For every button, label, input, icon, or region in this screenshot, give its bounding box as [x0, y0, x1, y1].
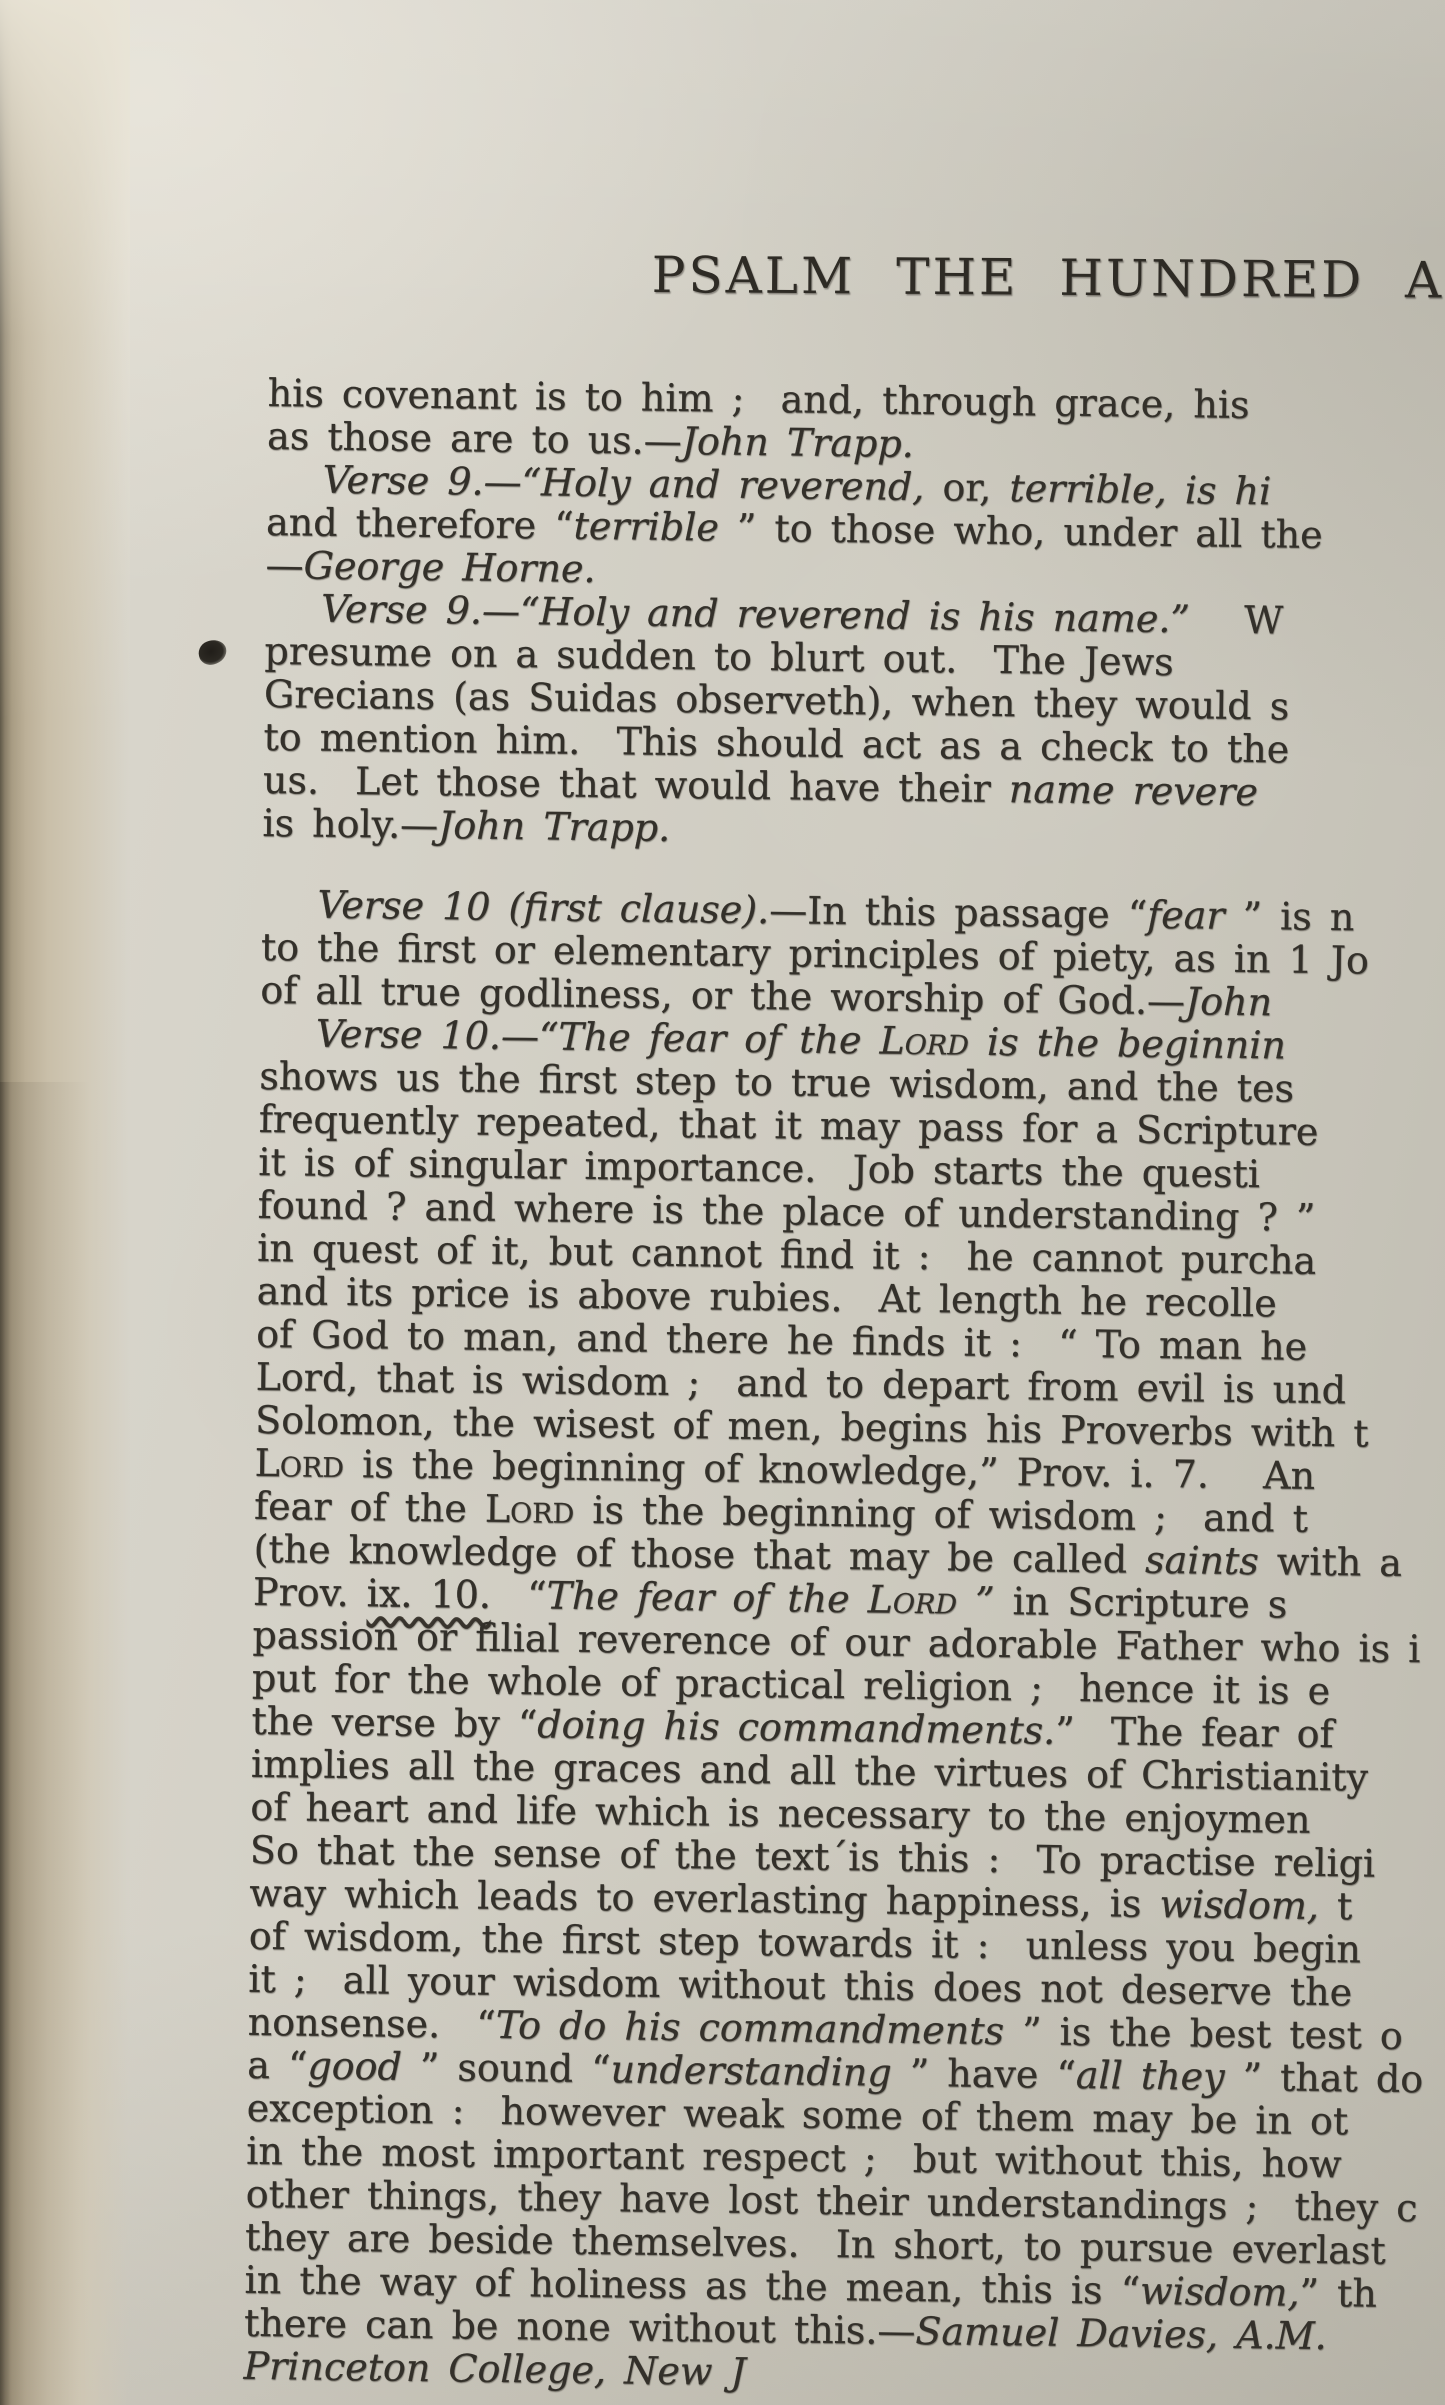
text-run: terrible, is hi	[1009, 466, 1271, 513]
text-run: The fear of the	[546, 1573, 868, 1621]
text-run: Samuel Davies, A.M.	[915, 2309, 1327, 2358]
text-run: Princeton College, New J	[243, 2344, 746, 2394]
text-run: all they	[1076, 2053, 1225, 2099]
text-run: Lord	[867, 1577, 957, 1622]
text-run: ” to those who, under all the	[719, 506, 1323, 557]
text-run: ” The fear of	[1055, 1709, 1334, 1756]
text-run: ” is the best test o	[1004, 2009, 1403, 2058]
text-run: as those are to us.—	[267, 414, 682, 463]
text-run: —	[265, 543, 304, 587]
text-run: ” that do	[1224, 2055, 1423, 2101]
text-run: ” sound “	[402, 2045, 611, 2092]
pen-underlined-text: ix. 10.	[367, 1571, 492, 1617]
text-run: ” is n	[1224, 894, 1354, 940]
text-run: is holy.—	[262, 801, 438, 847]
text-run: is the beginnin	[969, 1020, 1287, 1068]
margin-ink-dot-icon	[196, 637, 229, 667]
page-header: PSALM THE HUNDRED AN	[652, 246, 1445, 310]
text-run: fear of the	[254, 1484, 485, 1531]
text-run: John Trapp.	[682, 419, 915, 466]
page-gutter-shadow	[0, 1082, 150, 2405]
text-run: name revere	[1009, 767, 1259, 814]
page-text: his covenant is to him ; and, through gr…	[243, 372, 1443, 2402]
text-run: George Horne.	[303, 543, 596, 591]
text-run: Lord	[485, 1487, 575, 1532]
text-run: nonsense. “	[248, 2000, 496, 2047]
text-run: wisdom,	[1140, 2269, 1300, 2315]
text-run: fear	[1147, 893, 1225, 938]
text-run: or,	[924, 465, 1010, 510]
text-run: with a	[1258, 1539, 1402, 1585]
text-run: understanding	[610, 2047, 892, 2094]
text-run: John	[1185, 979, 1273, 1024]
text-run: saints	[1145, 1538, 1259, 1583]
text-run: in Scripture s	[994, 1579, 1287, 1627]
text-run: ” have “	[891, 2051, 1076, 2097]
text-run: —In this passage “	[769, 888, 1148, 937]
text-run: ” th	[1299, 2271, 1377, 2316]
text-run: W	[1190, 597, 1284, 642]
text-run: doing his commandments.	[537, 1702, 1055, 1752]
text-run: terrible	[573, 504, 719, 550]
text-run: t	[1319, 1884, 1353, 1928]
text-run: “	[491, 1573, 547, 1618]
text-run: Verse 10 (first clause).	[317, 883, 769, 933]
text-run: John Trapp.	[438, 803, 671, 850]
text-run: wisdom,	[1159, 1882, 1319, 1928]
text-run: ”	[957, 1579, 995, 1623]
text-run: Lord	[879, 1019, 969, 1064]
text-run: To do his commandments	[496, 2003, 1005, 2053]
text-run: Lord	[254, 1441, 344, 1486]
book-page-photo: PSALM THE HUNDRED AN his covenant is to …	[0, 0, 1445, 2405]
text-run: a “	[247, 2043, 308, 2088]
text-run: and therefore “	[266, 500, 574, 548]
text-run: Prov.	[253, 1570, 367, 1615]
text-run: good	[307, 2044, 402, 2089]
text-run: the verse by “	[251, 1699, 537, 1746]
